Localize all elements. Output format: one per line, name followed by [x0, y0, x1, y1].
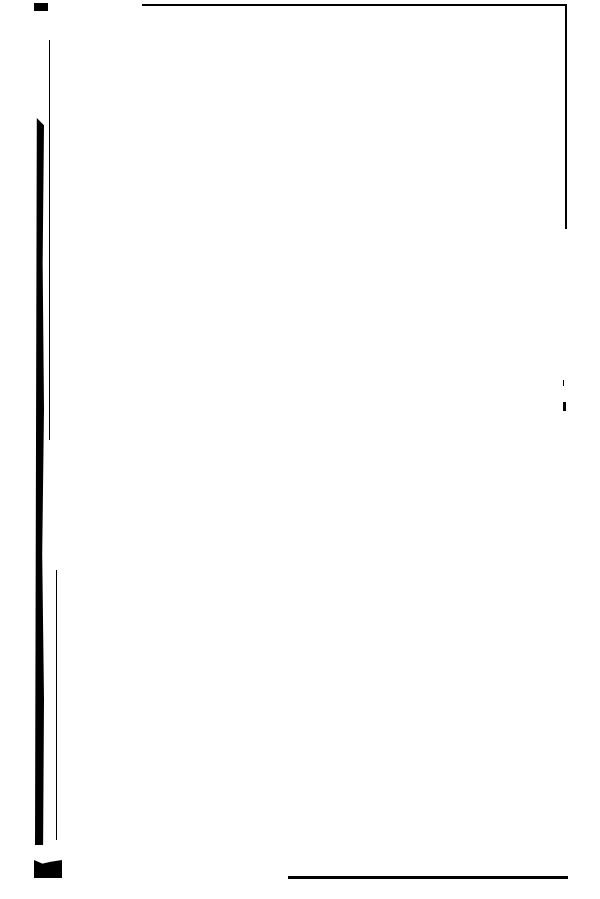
- page-edge-line-lower: [56, 570, 57, 840]
- top-border-line: [142, 4, 567, 6]
- scanned-page: [0, 0, 600, 899]
- binding-shadow: [35, 118, 44, 845]
- bottom-border-line: [288, 876, 568, 879]
- right-border-line: [565, 4, 567, 229]
- page-edge-line: [49, 40, 50, 440]
- page-body: [70, 20, 555, 869]
- binding-artifact-top: [34, 3, 48, 11]
- binding-artifact-bottom: [34, 860, 62, 878]
- scan-speck: [563, 402, 566, 411]
- scan-speck: [563, 380, 564, 386]
